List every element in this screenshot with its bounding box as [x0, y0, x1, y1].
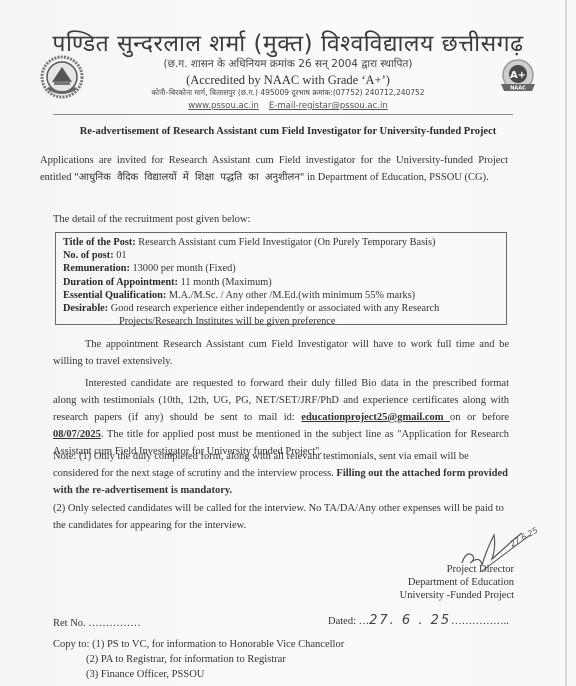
field-label: No. of post: — [63, 250, 114, 261]
signature-block: Project Director Department of Education… — [400, 563, 514, 602]
handwritten-date: 27. 6 . 25 — [369, 613, 451, 628]
signatory-department: Department of Education — [400, 576, 514, 589]
university-name: पण्डित सुन्दरलाल शर्मा (मुक्त) विश्वविद्… — [0, 26, 576, 58]
establishment-line: (छ.ग. शासन के अधिनियम क्रमांक 26 सन् 200… — [0, 57, 576, 71]
field-value: 01 — [114, 250, 127, 261]
field-value: Research Assistant cum Field Investigato… — [136, 237, 436, 248]
svg-text:27.6.25: 27.6.25 — [509, 526, 540, 549]
note-1: Note: (1) Only the duly completed form, … — [53, 448, 513, 499]
field-value: 13000 per month (Fixed) — [130, 263, 236, 274]
remuneration-row: Remuneration: 13000 per month (Fixed) — [63, 262, 499, 275]
field-value: Good research experience either independ… — [108, 303, 439, 314]
project-title: "आधुनिक वैदिक विद्यालयों में शिक्षा पद्ध… — [74, 172, 304, 183]
contact-line: www.pssou.ac.inE-mail-registar@pssou.ac.… — [0, 101, 576, 111]
copy-to-item: Copy to: (1) PS to VC, for information t… — [53, 637, 344, 652]
field-label: Duration of Appointment: — [63, 277, 178, 288]
dated-label: Dated: … — [328, 616, 369, 627]
copy-to-item: (2) PA to Registrar, for information to … — [53, 652, 344, 667]
website-link[interactable]: www.pssou.ac.in — [188, 101, 259, 111]
intro-paragraph: Applications are invited for Research As… — [40, 152, 508, 186]
header-divider — [53, 114, 513, 115]
work-paragraph: The appointment Research Assistant cum F… — [53, 336, 509, 370]
notice-heading: Re-advertisement of Research Assistant c… — [0, 126, 576, 137]
field-value: 11 month (Maximum) — [178, 277, 272, 288]
post-title-row: Title of the Post: Research Assistant cu… — [63, 236, 499, 249]
application-email-link[interactable]: educationproject25@gmail.com — [301, 412, 450, 423]
email-link[interactable]: E-mail-registar@pssou.ac.in — [269, 101, 388, 111]
desirable-continuation: Projects/Research Institutes will be giv… — [63, 315, 499, 328]
note-2: (2) Only selected candidates will be cal… — [53, 500, 513, 534]
duration-row: Duration of Appointment: 11 month (Maxim… — [63, 276, 499, 289]
detail-intro: The detail of the recruitment post given… — [53, 211, 250, 228]
reference-number: Ret No. …………… — [53, 618, 141, 629]
field-label: Remuneration: — [63, 263, 130, 274]
desirable-row: Desirable: Good research experience eith… — [63, 302, 499, 315]
application-text-mid: on or before — [450, 412, 509, 423]
field-label: Desirable: — [63, 303, 108, 314]
deadline-date: 08/07/2025 — [53, 429, 101, 440]
accreditation-line: (Accredited by NAAC with Grade ‘A+’) — [0, 73, 576, 88]
copy-to-item: (3) Finance Officer, PSSOU — [53, 667, 344, 682]
intro-text-end: in Department of Education, PSSOU (CG). — [304, 172, 488, 183]
qualification-row: Essential Qualification: M.A./M.Sc. / An… — [63, 289, 499, 302]
field-label: Essential Qualification: — [63, 290, 166, 301]
field-value: M.A./M.Sc. / Any other /M.Ed.(with minim… — [166, 290, 415, 301]
signatory-project: University -Funded Project — [400, 589, 514, 602]
post-details-box: Title of the Post: Research Assistant cu… — [55, 232, 507, 325]
field-label: Title of the Post: — [63, 237, 136, 248]
signatory-designation: Project Director — [400, 563, 514, 576]
copy-to-list: Copy to: (1) PS to VC, for information t… — [53, 637, 344, 682]
dated-trail: …………….. — [451, 616, 509, 627]
dated-line: Dated: …27. 6 . 25…………….. — [328, 613, 509, 628]
post-count-row: No. of post: 01 — [63, 249, 499, 262]
address-line: कोनी–बिरकोना मार्ग, बिलासपुर (छ.ग.) 4950… — [0, 88, 576, 98]
document-page: A+ NAAC पण्डित सुन्दरलाल शर्मा (मुक्त) व… — [0, 0, 576, 686]
